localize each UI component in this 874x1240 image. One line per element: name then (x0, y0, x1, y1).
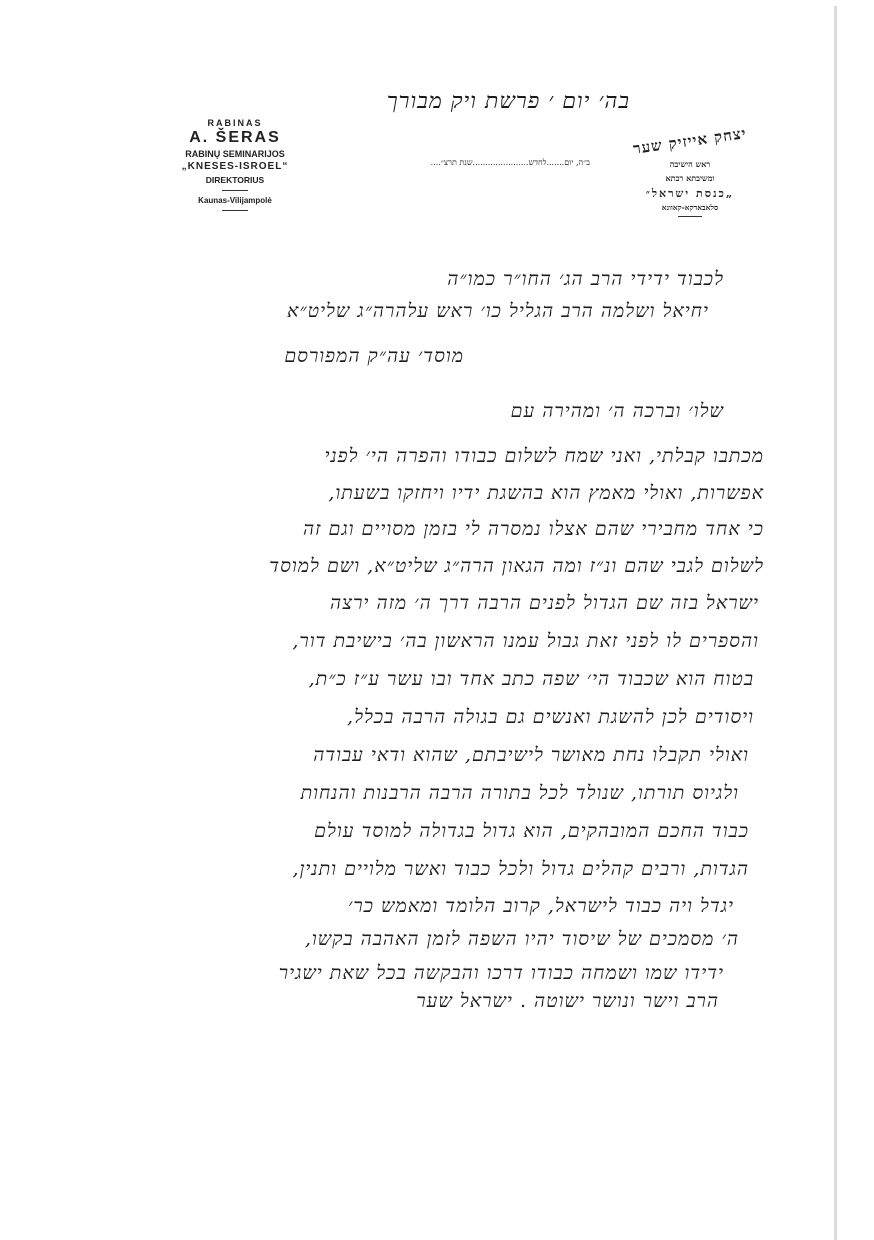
body-line: כבוד החכם המובהקים, הוא גדול בגדולה למוס… (314, 820, 749, 843)
body-line: לכבוד ידידי הרב הג׳ החו״ר כמו״ה (447, 268, 724, 291)
letterhead-hebrew-location: סלאבאדקא-קאוונא (605, 203, 775, 212)
body-line: ואולי תקבלו נחת מאושר לישיבתם, שהוא ודאי… (313, 744, 749, 767)
body-line: מכתבו קבלתי, ואני שמח לשלום כבודו והפרה … (324, 445, 764, 468)
handwritten-header: בה׳ יום ׳ פרשת ויק מבורך (330, 88, 630, 114)
body-line: יחיאל ושלמה הרב הגליל כו׳ ראש עלהרה״ג של… (287, 300, 709, 323)
letterhead-hebrew-role2: ומשיבתא רבתא (605, 173, 775, 183)
body-line: אפשרות, ואולי מאמץ הוא בהשגת ידיו ויחזקו… (328, 482, 764, 505)
body-line: והספרים לו לפני זאת גבול עמנו הראשון בה׳… (292, 630, 759, 653)
body-line: מוסד׳ עה״ק המפורסם (284, 345, 464, 368)
letterhead-seminary: RABINŲ SEMINARIJOS (165, 149, 305, 159)
letterhead-left: RABINAS A. ŠERAS RABINŲ SEMINARIJOS „KNE… (165, 118, 305, 216)
body-line: לשלום לגבי שהם ונ״ז ומה הגאון הרה״ג שליט… (269, 555, 764, 578)
divider (678, 216, 702, 217)
body-line: הגדות, ורבים קהלים גדול ולכל כבוד ואשר מ… (293, 858, 749, 881)
letterhead-right: יצחק אייזיק שער ראש הישיבה ומשיבתא רבתא … (605, 132, 775, 221)
letterhead-hebrew-name: יצחק אייזיק שער (605, 120, 776, 162)
letterhead-name: A. ŠERAS (165, 129, 305, 147)
letterhead-hebrew-role: ראש הישיבה (605, 159, 775, 169)
body-line: ויסודים לכן להשגת ואנשים גם בגולה הרבה ב… (347, 706, 754, 729)
letterhead-role: DIREKTORIUS (165, 175, 305, 185)
letterhead-title: RABINAS (165, 118, 305, 128)
divider (222, 190, 248, 191)
body-line: יגדל ויה כבוד לישראל, קרוב הלומד ומאמש כ… (348, 895, 734, 918)
letterhead-hebrew-institution: „כנסת ישראל״ (605, 187, 775, 200)
body-line: בטוח הוא שכבוד הי׳ שפה כתב אחד ובו עשר ע… (309, 668, 754, 691)
scan-edge-line (834, 6, 837, 1240)
body-line: ולגיוס תורתו, שנולד לכל בתורה הרבה הרבנו… (301, 782, 739, 805)
letterhead-date-line: ב״ה, יום.......לחדש.....................… (350, 158, 590, 167)
body-line: שלו׳ וברכה ה׳ ומהירה עם (511, 400, 724, 423)
letterhead-institution: „KNESES-ISROEL“ (165, 161, 305, 172)
body-line: ידידו שמו ושמחה כבודו דרכו והבקשה בכל שא… (279, 962, 724, 985)
body-line: כי אחד מחבירי שהם אצלו נמסרה לי בזמן מסו… (303, 518, 764, 541)
body-line: הרב וישר ונושר ישוטה . ישראל שער (416, 990, 719, 1013)
body-line: ישראל בזה שם הגדול לפנים הרבה דרך ה׳ מזה… (330, 592, 759, 615)
letterhead-location: Kaunas-Vilijampolė (165, 196, 305, 205)
divider (222, 210, 248, 211)
body-line: ה׳ מסמכים של שיסוד יהיו השפה לזמן האהבה … (305, 928, 739, 951)
